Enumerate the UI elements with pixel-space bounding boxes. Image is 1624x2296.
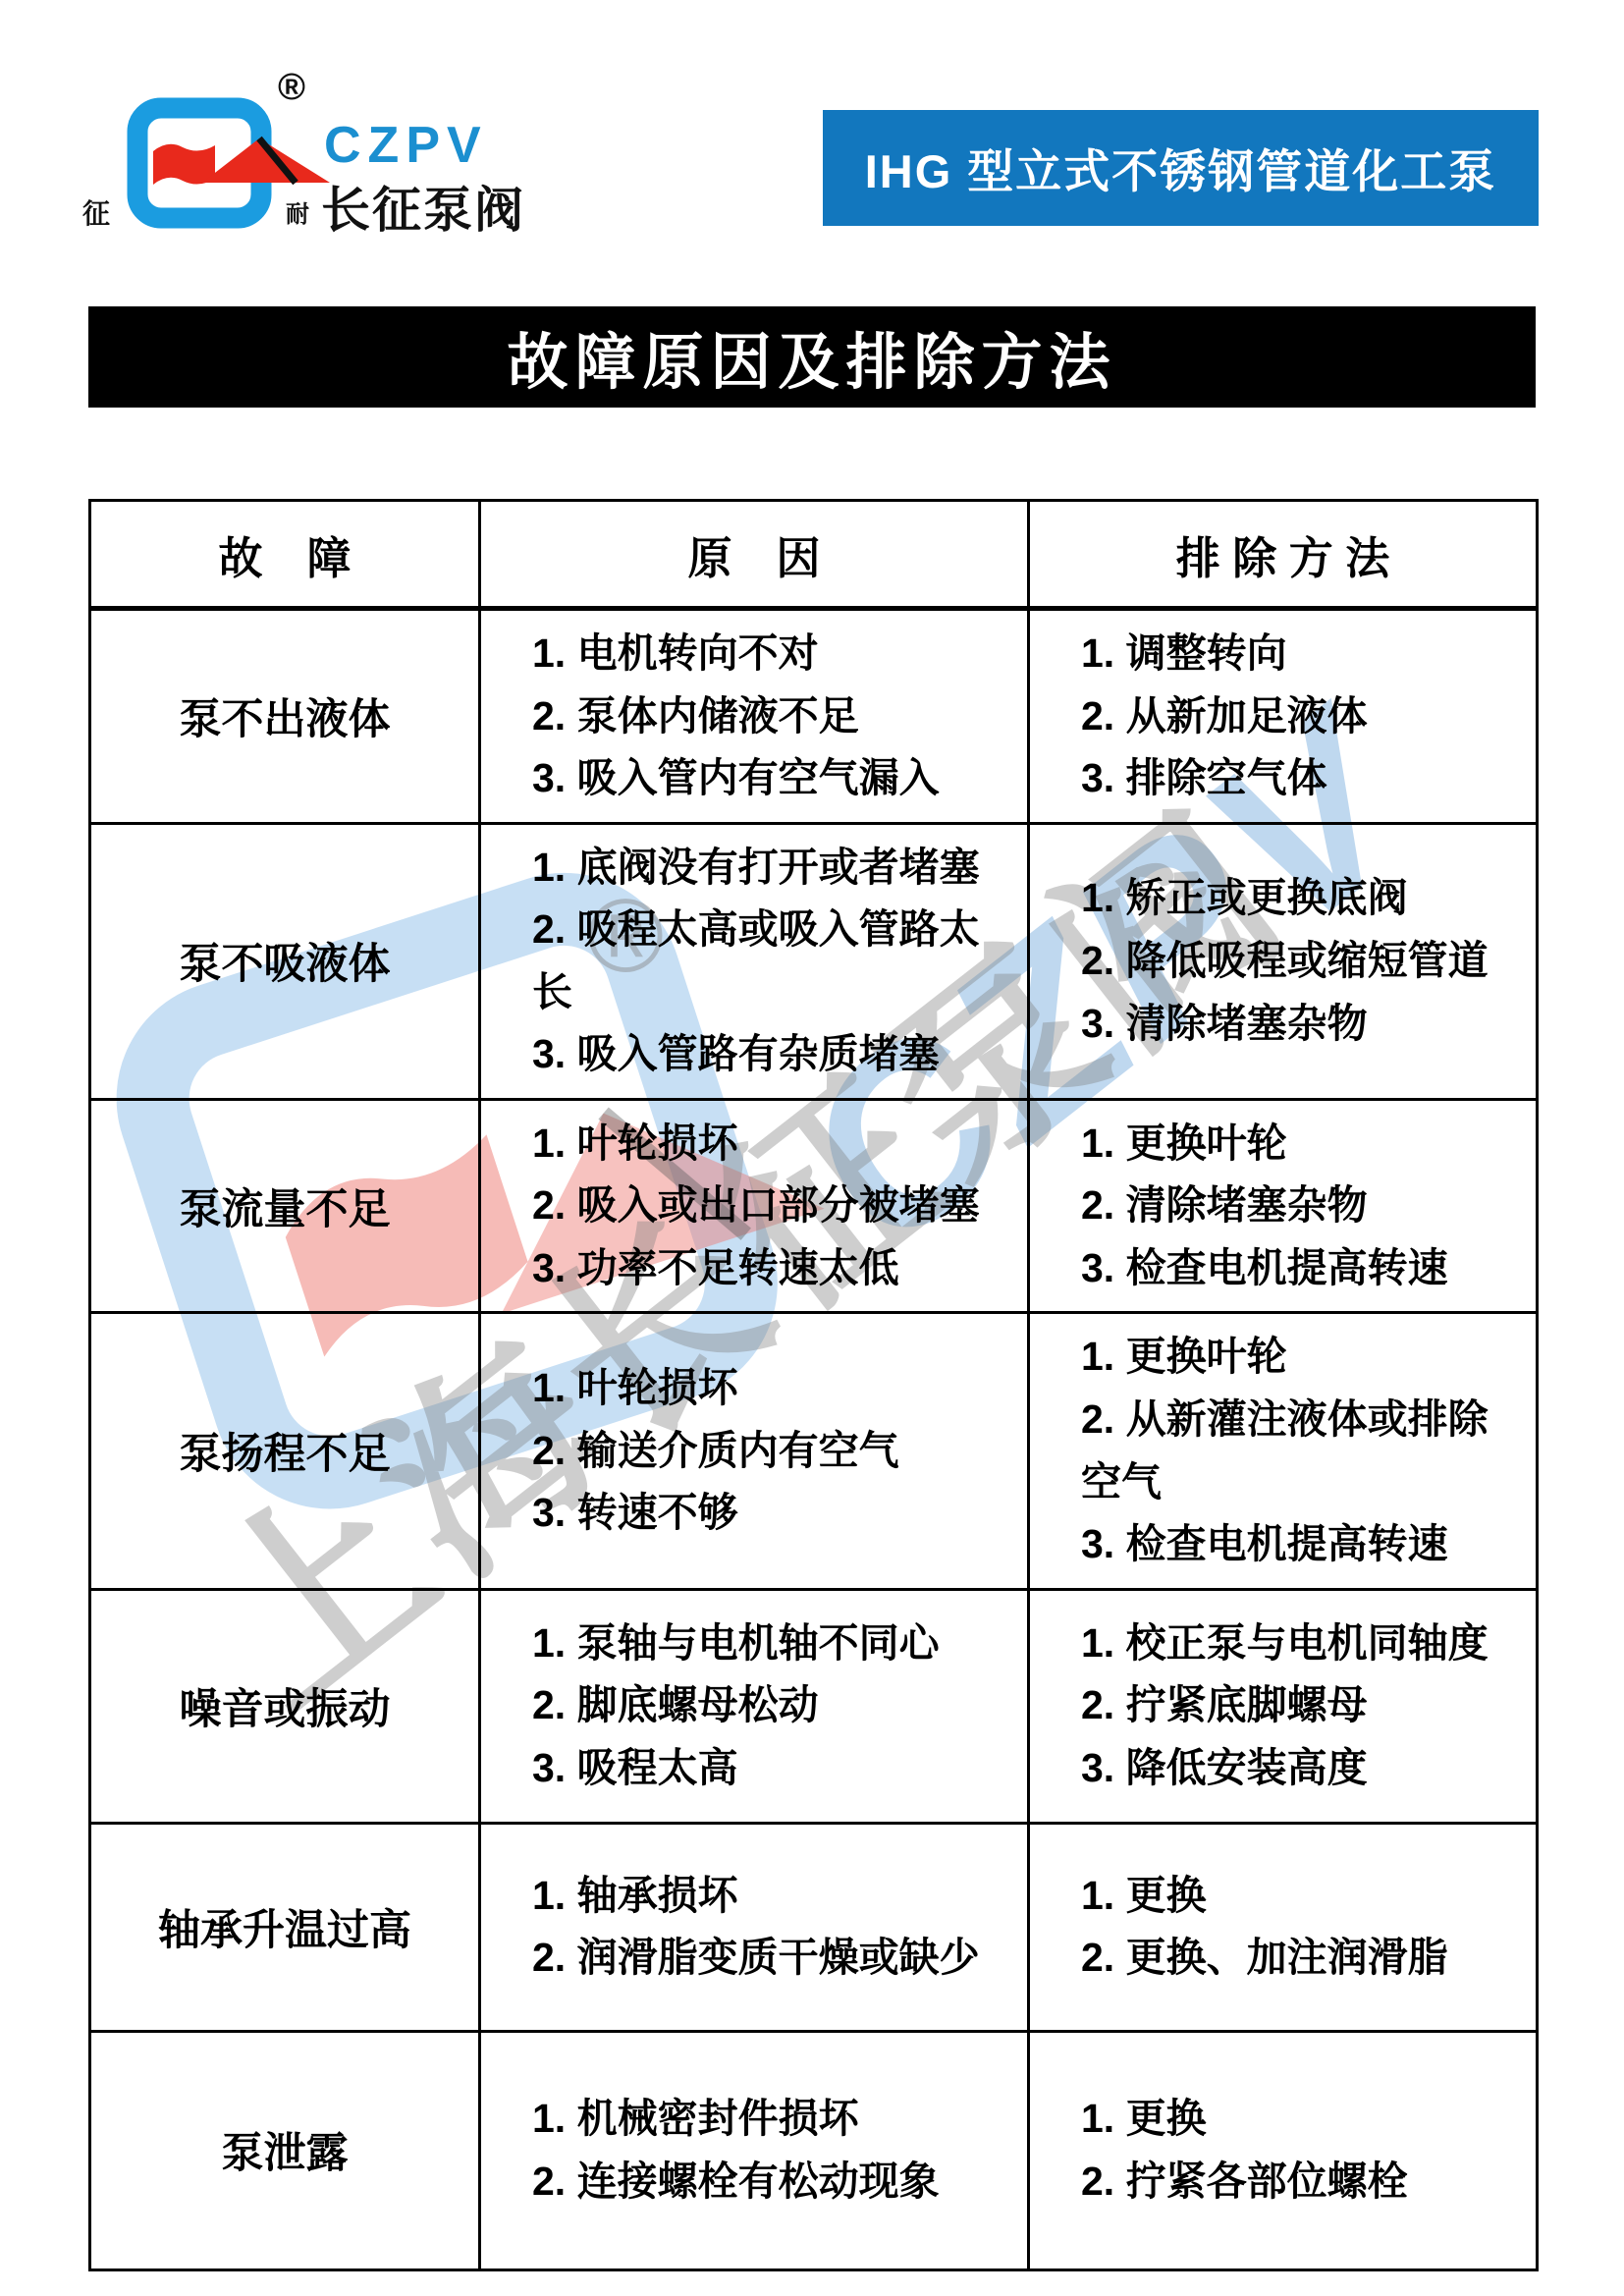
remedy-line: 2. 拧紧底脚螺母: [1081, 1674, 1526, 1737]
remedy-line: 2. 更换、加注润滑脂: [1081, 1927, 1526, 1990]
cause-line: 1. 泵轴与电机轴不同心: [532, 1613, 1017, 1675]
cause-cell: 1. 叶轮损坏 2. 输送介质内有空气 3. 转速不够: [480, 1313, 1029, 1589]
cause-cell: 1. 电机转向不对 2. 泵体内储液不足 3. 吸入管内有空气漏入: [480, 609, 1029, 824]
remedy-line: 2. 拧紧各部位螺栓: [1081, 2151, 1526, 2214]
cause-line: 2. 输送介质内有空气: [532, 1420, 1017, 1483]
remedy-line: 3. 排除空气体: [1081, 747, 1526, 810]
table-row: 噪音或振动 1. 泵轴与电机轴不同心 2. 脚底螺母松动 3. 吸程太高 1. …: [90, 1589, 1538, 1823]
table-row: 泵不出液体 1. 电机转向不对 2. 泵体内储液不足 3. 吸入管内有空气漏入 …: [90, 609, 1538, 824]
remedy-cell: 1. 调整转向 2. 从新加足液体 3. 排除空气体: [1029, 609, 1538, 824]
brand-name: 长征泵阀: [321, 171, 525, 242]
remedy-line: 3. 清除堵塞杂物: [1081, 993, 1526, 1056]
cause-line: 3. 转速不够: [532, 1482, 1017, 1545]
cause-line: 1. 底阀没有打开或者堵塞: [532, 837, 1017, 900]
remedy-line: 2. 清除堵塞杂物: [1081, 1175, 1526, 1237]
remedy-cell: 1. 更换 2. 拧紧各部位螺栓: [1029, 2031, 1538, 2269]
product-banner: IHG 型立式不锈钢管道化工泵: [823, 110, 1539, 226]
remedy-line: 1. 更换叶轮: [1081, 1326, 1526, 1389]
table-row: 轴承升温过高 1. 轴承损坏 2. 润滑脂变质干燥或缺少 1. 更换 2. 更换…: [90, 1823, 1538, 2031]
cause-cell: 1. 轴承损坏 2. 润滑脂变质干燥或缺少: [480, 1823, 1029, 2031]
fault-cell: 泵泄露: [90, 2031, 480, 2269]
remedy-line: 1. 调整转向: [1081, 623, 1526, 685]
cause-line: 2. 泵体内储液不足: [532, 685, 1017, 748]
cause-cell: 1. 泵轴与电机轴不同心 2. 脚底螺母松动 3. 吸程太高: [480, 1589, 1029, 1823]
page: ® CZPV 上海长征泵阀 ® CZPV 长征泵阀 征 耐 IHG 型立式不锈钢…: [0, 0, 1624, 2296]
remedy-cell: 1. 更换叶轮 2. 清除堵塞杂物 3. 检查电机提高转速: [1029, 1099, 1538, 1313]
fault-cell: 泵不出液体: [90, 609, 480, 824]
fault-cell: 泵不吸液体: [90, 823, 480, 1099]
page-title: 故障原因及排除方法: [88, 306, 1536, 408]
table-row: 泵扬程不足 1. 叶轮损坏 2. 输送介质内有空气 3. 转速不够 1. 更换叶…: [90, 1313, 1538, 1589]
remedy-cell: 1. 校正泵与电机同轴度 2. 拧紧底脚螺母 3. 降低安装高度: [1029, 1589, 1538, 1823]
brand-acronym: CZPV: [324, 116, 488, 175]
cause-line: 3. 吸程太高: [532, 1737, 1017, 1800]
cause-line: 1. 电机转向不对: [532, 623, 1017, 685]
cause-line: 1. 叶轮损坏: [532, 1113, 1017, 1175]
col-header-cause: 原 因: [480, 501, 1029, 609]
table-row: 泵流量不足 1. 叶轮损坏 2. 吸入或出口部分被堵塞 3. 功率不足转速太低 …: [90, 1099, 1538, 1313]
remedy-line: 1. 矫正或更换底阀: [1081, 867, 1526, 930]
cause-line: 1. 叶轮损坏: [532, 1357, 1017, 1420]
cause-line: 3. 功率不足转速太低: [532, 1237, 1017, 1300]
remedy-line: 2. 从新加足液体: [1081, 685, 1526, 748]
fault-cell: 泵扬程不足: [90, 1313, 480, 1589]
remedy-line: 1. 更换: [1081, 2088, 1526, 2151]
cause-line: 2. 连接螺栓有松动现象: [532, 2151, 1017, 2214]
cause-line: 2. 润滑脂变质干燥或缺少: [532, 1927, 1017, 1990]
table-row: 泵不吸液体 1. 底阀没有打开或者堵塞 2. 吸程太高或吸入管路太长 3. 吸入…: [90, 823, 1538, 1099]
remedy-line: 3. 降低安装高度: [1081, 1737, 1526, 1800]
table-row: 泵泄露 1. 机械密封件损坏 2. 连接螺栓有松动现象 1. 更换 2. 拧紧各…: [90, 2031, 1538, 2269]
cause-line: 3. 吸入管路有杂质堵塞: [532, 1023, 1017, 1086]
remedy-line: 3. 检查电机提高转速: [1081, 1513, 1526, 1576]
cause-line: 1. 机械密封件损坏: [532, 2088, 1017, 2151]
logo-seal-right: 耐: [286, 194, 309, 229]
remedy-cell: 1. 更换叶轮 2. 从新灌注液体或排除空气 3. 检查电机提高转速: [1029, 1313, 1538, 1589]
remedy-cell: 1. 更换 2. 更换、加注润滑脂: [1029, 1823, 1538, 2031]
cause-line: 2. 脚底螺母松动: [532, 1674, 1017, 1737]
remedy-line: 1. 校正泵与电机同轴度: [1081, 1613, 1526, 1675]
cause-line: 3. 吸入管内有空气漏入: [532, 747, 1017, 810]
cause-cell: 1. 机械密封件损坏 2. 连接螺栓有松动现象: [480, 2031, 1029, 2269]
logo-seal-left: 征: [82, 192, 110, 232]
remedy-line: 3. 检查电机提高转速: [1081, 1237, 1526, 1300]
fault-table: 故 障 原 因 排 除 方 法 泵不出液体 1. 电机转向不对 2. 泵体内储液…: [88, 499, 1539, 2271]
cause-line: 2. 吸入或出口部分被堵塞: [532, 1175, 1017, 1237]
registered-trademark-icon: ®: [278, 67, 305, 109]
fault-cell: 轴承升温过高: [90, 1823, 480, 2031]
remedy-line: 2. 降低吸程或缩短管道: [1081, 930, 1526, 993]
remedy-line: 1. 更换叶轮: [1081, 1113, 1526, 1175]
remedy-line: 2. 从新灌注液体或排除空气: [1081, 1389, 1526, 1513]
remedy-line: 1. 更换: [1081, 1865, 1526, 1928]
col-header-fault: 故 障: [90, 501, 480, 609]
cause-cell: 1. 叶轮损坏 2. 吸入或出口部分被堵塞 3. 功率不足转速太低: [480, 1099, 1029, 1313]
cause-cell: 1. 底阀没有打开或者堵塞 2. 吸程太高或吸入管路太长 3. 吸入管路有杂质堵…: [480, 823, 1029, 1099]
fault-cell: 泵流量不足: [90, 1099, 480, 1313]
cause-line: 2. 吸程太高或吸入管路太长: [532, 899, 1017, 1023]
col-header-remedy: 排 除 方 法: [1029, 501, 1538, 609]
cause-line: 1. 轴承损坏: [532, 1865, 1017, 1928]
remedy-cell: 1. 矫正或更换底阀 2. 降低吸程或缩短管道 3. 清除堵塞杂物: [1029, 823, 1538, 1099]
fault-cell: 噪音或振动: [90, 1589, 480, 1823]
table-header-row: 故 障 原 因 排 除 方 法: [90, 501, 1538, 609]
